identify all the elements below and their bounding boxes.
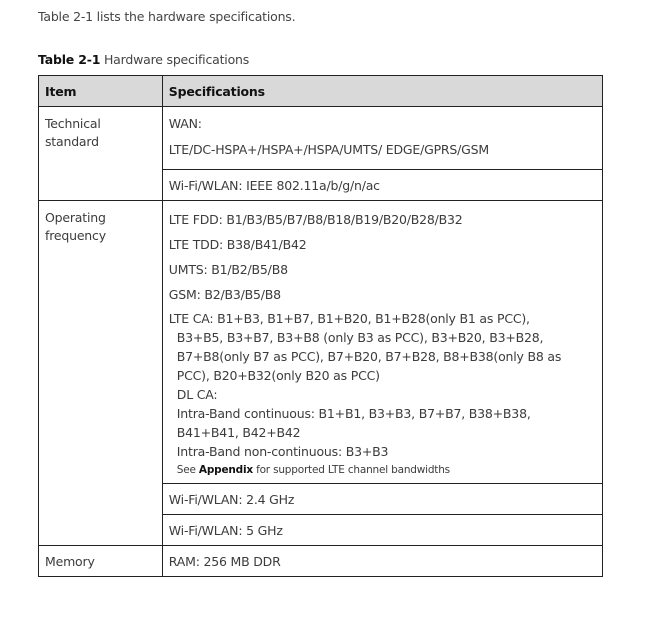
table-row: Memory RAM: 256 MB DDR (39, 546, 603, 577)
table-caption: Table 2-1 Hardware specifications (38, 52, 249, 67)
gsm: GSM: B2/B3/B5/B8 (169, 282, 596, 307)
intra-continuous-line: Intra-Band continuous: B1+B1, B3+B3, B7+… (169, 404, 596, 423)
note-prefix: See (177, 464, 199, 476)
hardware-spec-table: Item Specifications Technical standard W… (38, 75, 603, 577)
spec-lte-bands: LTE FDD: B1/B3/B5/B7/B8/B18/B19/B20/B28/… (162, 201, 602, 484)
item-technical-standard: Technical standard (39, 107, 163, 201)
wan-label: WAN: (169, 111, 596, 137)
lte-ca-line: PCC), B20+B32(only B20 as PCC) (169, 366, 596, 385)
wan-value: LTE/DC-HSPA+/HSPA+/HSPA/UMTS/ EDGE/GPRS/… (169, 137, 596, 163)
table-header-row: Item Specifications (39, 76, 603, 107)
table-row: Operating frequency LTE FDD: B1/B3/B5/B7… (39, 201, 603, 484)
spec-wan: WAN: LTE/DC-HSPA+/HSPA+/HSPA/UMTS/ EDGE/… (162, 107, 602, 170)
spec-memory: RAM: 256 MB DDR (162, 546, 602, 577)
dl-ca-label: DL CA: (169, 385, 596, 404)
caption-title: Hardware specifications (100, 52, 249, 67)
intro-paragraph: Table 2-1 lists the hardware specificati… (38, 9, 295, 24)
lte-ca-line: B7+B8(only B7 as PCC), B7+B20, B7+B28, B… (169, 347, 596, 366)
appendix-link[interactable]: Appendix (199, 464, 253, 476)
intra-continuous-line: B41+B41, B42+B42 (169, 423, 596, 442)
lte-tdd: LTE TDD: B38/B41/B42 (169, 232, 596, 257)
lte-ca-line: B3+B5, B3+B7, B3+B8 (only B3 as PCC), B3… (169, 328, 596, 347)
header-specifications: Specifications (162, 76, 602, 107)
intra-noncontinuous: Intra-Band non-continuous: B3+B3 (169, 442, 596, 461)
item-operating-frequency: Operating frequency (39, 201, 163, 546)
lte-ca-line: LTE CA: B1+B3, B1+B7, B1+B20, B1+B28(onl… (169, 309, 596, 328)
carrier-aggregation: LTE CA: B1+B3, B1+B7, B1+B20, B1+B28(onl… (169, 309, 596, 479)
spec-wifi-standard: Wi-Fi/WLAN: IEEE 802.11a/b/g/n/ac (162, 170, 602, 201)
umts: UMTS: B1/B2/B5/B8 (169, 257, 596, 282)
note-suffix: for supported LTE channel bandwidths (253, 464, 450, 476)
caption-number: Table 2-1 (38, 52, 100, 67)
item-memory: Memory (39, 546, 163, 577)
spec-wifi-5: Wi-Fi/WLAN: 5 GHz (162, 515, 602, 546)
spec-wifi-24: Wi-Fi/WLAN: 2.4 GHz (162, 484, 602, 515)
appendix-note: See Appendix for supported LTE channel b… (169, 461, 596, 479)
header-item: Item (39, 76, 163, 107)
table-row: Technical standard WAN: LTE/DC-HSPA+/HSP… (39, 107, 603, 170)
lte-fdd: LTE FDD: B1/B3/B5/B7/B8/B18/B19/B20/B28/… (169, 207, 596, 232)
